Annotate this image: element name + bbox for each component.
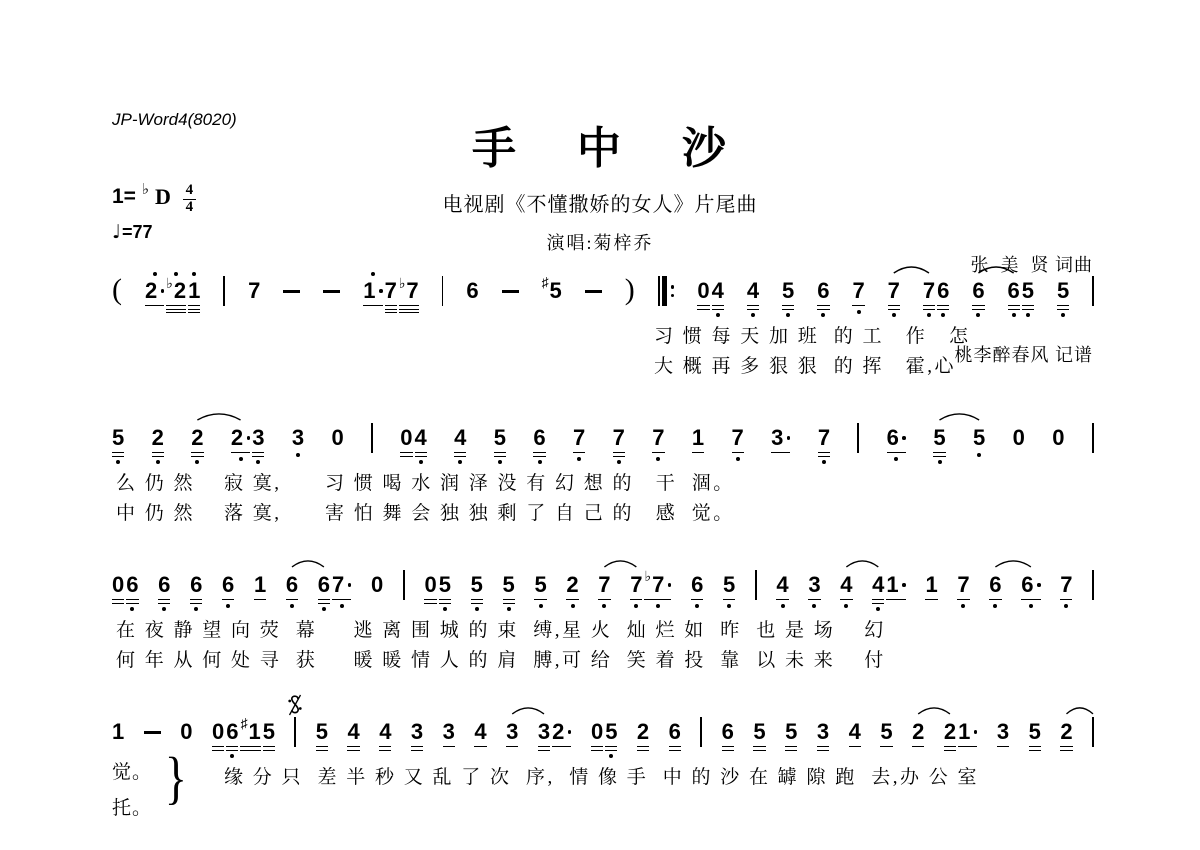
note: 4 (379, 707, 391, 751)
note: 7 (385, 266, 397, 313)
note: 1 (363, 266, 382, 306)
note: 7 (818, 413, 830, 464)
dash-duration-mark (144, 707, 161, 734)
barline (1092, 413, 1094, 453)
note: 2 (566, 560, 578, 608)
music-system: (2♭21717♭76♯5)0445677766655习 惯 每 天 加 班 的… (112, 266, 1094, 380)
lyrics-continuation: 觉。托。 (112, 757, 152, 820)
lyrics-line: 在 夜 静 望 向 荧 幕 逃 离 围 城 的 束 缚,星 火 灿 烂 如 昨 … (112, 618, 1094, 644)
note: 7 (630, 560, 642, 608)
quarter-note-icon: ♩ (112, 221, 121, 243)
note: ♭7 (644, 560, 671, 608)
note: 7 (957, 560, 969, 608)
note: 6 (126, 560, 138, 611)
note: 5 (785, 707, 797, 751)
time-signature: 4 4 (183, 184, 196, 214)
lyrics-continuation-text: 觉。 (112, 757, 152, 784)
note: 0 (180, 707, 192, 744)
note: 6 (669, 707, 681, 751)
barline (371, 413, 373, 453)
note: 7 (923, 266, 935, 317)
note-group: 05 (424, 560, 451, 611)
note: 1 (188, 266, 200, 313)
note: 2 (1060, 707, 1072, 751)
parenthesis: ) (625, 266, 635, 305)
note: 7 (573, 413, 585, 461)
note: 2 (944, 707, 956, 751)
note: 4 (454, 413, 466, 464)
note: 6 (691, 560, 703, 608)
note: 3 (808, 560, 820, 608)
barline (700, 707, 702, 747)
note: 6 (722, 707, 734, 751)
note: 5 (316, 707, 328, 751)
note: 5 (1022, 266, 1034, 317)
tempo-value: =77 (122, 222, 153, 242)
barline (1092, 707, 1094, 747)
lyrics-continuation-text: 托。 (112, 793, 152, 820)
note: 5 (1029, 707, 1041, 751)
note: 3 (817, 707, 829, 751)
note: 4 (849, 707, 861, 747)
note: 6 (972, 266, 984, 317)
note: 1 (886, 560, 905, 600)
note: 7 (598, 560, 610, 608)
notation-line: 522233004456777173765500 (112, 413, 1094, 464)
dash-duration-mark (502, 266, 519, 293)
note: 3 (538, 707, 550, 751)
note: 6 (817, 266, 829, 317)
note: 7 (332, 560, 351, 608)
notation-line: 1006♯155443343320526655345221352 (112, 707, 1094, 758)
music-system: 522233004456777173765500么 仍 然 寂 寞, 习 惯 喝… (112, 413, 1094, 527)
note: 6 (318, 560, 330, 611)
note-group: 23 (231, 413, 265, 464)
note: 7 (888, 266, 900, 317)
note: 2 (191, 413, 203, 464)
note: 6 (937, 266, 949, 317)
dash-duration-mark (585, 266, 602, 293)
lyrics-line: 何 年 从 何 处 寻 获 暖 暖 情 人 的 肩 膊,可 给 笑 着 投 靠 … (112, 648, 1094, 674)
note: 1 (692, 413, 704, 453)
note: 1 (254, 560, 266, 600)
note: 1 (925, 560, 937, 600)
note: 7 (652, 413, 664, 461)
note: 6 (1021, 560, 1040, 608)
barline (223, 266, 225, 306)
note: ♭2 (166, 266, 186, 313)
note: 3 (411, 707, 423, 751)
note: 3 (997, 707, 1009, 747)
key-tonic: 1= (112, 184, 136, 210)
barline (755, 560, 757, 600)
note: 4 (347, 707, 359, 751)
note: 5 (534, 560, 546, 608)
note: 6 (158, 560, 170, 611)
note: 5 (112, 413, 124, 464)
note: 2 (231, 413, 250, 461)
note: 3 (443, 707, 455, 747)
note: 6 (989, 560, 1001, 608)
sharp-icon: ♯ (542, 276, 549, 292)
note: 5 (439, 560, 451, 611)
segno-barline (294, 707, 296, 747)
note: 6 (887, 413, 906, 461)
note: 7 (613, 413, 625, 464)
note: 7 (852, 266, 864, 314)
note-group: 76 (923, 266, 950, 317)
dash-duration-mark (283, 266, 300, 293)
key-signature: 1=♭D 4 4 (112, 184, 196, 214)
lyrics-line: 习 惯 每 天 加 班 的 工 作 怎 (112, 324, 1094, 350)
note-group: 05 (591, 707, 618, 758)
note-group: 21 (944, 707, 978, 751)
barline (442, 266, 444, 306)
note: 6 (533, 413, 545, 464)
note-group: 04 (697, 266, 724, 317)
lyrics-line: 么 仍 然 寂 寞, 习 惯 喝 水 润 泽 没 有 幻 想 的 干 涸。 (112, 471, 1094, 497)
note: 3 (771, 413, 790, 453)
note: 5 (471, 560, 483, 611)
note: 4 (840, 560, 852, 608)
segno-icon (287, 694, 303, 716)
note: ♯5 (542, 266, 562, 303)
note: 7 (248, 266, 260, 303)
note: 3 (506, 707, 518, 747)
note: 5 (503, 560, 515, 611)
notation-line: (2♭21717♭76♯5)0445677766655 (112, 266, 1094, 317)
note: 4 (712, 266, 724, 317)
note: 0 (371, 560, 383, 597)
note: 6 (1008, 266, 1020, 317)
note-group: 65 (1008, 266, 1035, 317)
time-denominator: 4 (186, 201, 194, 214)
note-group: 2♭21 (145, 266, 200, 313)
note: 2 (552, 707, 571, 747)
note: 5 (723, 560, 735, 608)
flat-icon: ♭ (142, 180, 149, 199)
note-group: 67 (318, 560, 352, 611)
parenthesis: ( (112, 266, 122, 305)
note: 0 (331, 413, 343, 450)
note: 4 (415, 413, 427, 464)
tempo-marking: ♩=77 (112, 221, 153, 243)
barline (403, 560, 405, 600)
note: 5 (753, 707, 765, 751)
repeat-start-sign (658, 266, 675, 306)
note: 0 (1052, 413, 1064, 450)
sharp-icon: ♯ (240, 717, 247, 733)
note-group: 17♭7 (363, 266, 418, 313)
score-area: (2♭21717♭76♯5)0445677766655习 惯 每 天 加 班 的… (112, 266, 1094, 824)
note: 7 (732, 413, 744, 461)
notation-line: 066661667005555277♭7654344117667 (112, 560, 1094, 611)
note: 6 (226, 707, 238, 758)
note-group: 41 (872, 560, 906, 611)
note-group: 04 (400, 413, 427, 464)
flat-icon: ♭ (166, 276, 173, 293)
note: 5 (973, 413, 985, 457)
time-numerator: 4 (186, 184, 194, 197)
note: 4 (872, 560, 884, 611)
music-system: 1006♯155443343320526655345221352缘 分 只 差 … (112, 707, 1094, 791)
note: 2 (145, 266, 164, 306)
note: 2 (152, 413, 164, 464)
note: 5 (933, 413, 945, 464)
barline (1092, 266, 1094, 306)
note: 4 (747, 266, 759, 317)
note: 0 (212, 707, 224, 751)
note: 0 (424, 560, 436, 604)
flat-icon: ♭ (644, 569, 651, 586)
music-system: 066661667005555277♭7654344117667在 夜 静 望 … (112, 560, 1094, 674)
note: 4 (474, 707, 486, 747)
note: 6 (190, 560, 202, 611)
note: 5 (494, 413, 506, 464)
note-group: 7♭7 (630, 560, 671, 608)
note: 1 (112, 707, 124, 744)
note: 1 (958, 707, 977, 747)
note-group: 32 (538, 707, 572, 751)
note: 4 (776, 560, 788, 608)
lyrics-line: 大 概 再 多 狠 狠 的 挥 霍,心 (112, 354, 1094, 380)
dash-duration-mark (323, 266, 340, 293)
note: 6 (286, 560, 298, 608)
note: 2 (637, 707, 649, 751)
note: 5 (605, 707, 617, 758)
note: 0 (1013, 413, 1025, 450)
note: 5 (263, 707, 275, 751)
sheet-music-page: JP-Word4(8020) 手 中 沙 电视剧《不懂撒娇的女人》片尾曲 演唱:… (0, 0, 1200, 850)
lyrics-line: 中 仍 然 落 寞, 害 怕 舞 会 独 独 剩 了 自 己 的 感 觉。 (112, 501, 1094, 527)
note: 7 (1060, 560, 1072, 608)
note: ♭7 (399, 266, 419, 313)
barline (857, 413, 859, 453)
note: 6 (466, 266, 478, 303)
note: 3 (292, 413, 304, 457)
note: 0 (697, 266, 709, 310)
note: 0 (400, 413, 412, 457)
lyrics-line: 缘 分 只 差 半 秒 又 乱 了 次 序, 情 像 手 中 的 沙 在 罅 隙… (112, 765, 1094, 791)
note: 5 (782, 266, 794, 317)
note: 0 (591, 707, 603, 751)
brace-icon: } (165, 749, 187, 807)
note: 0 (112, 560, 124, 604)
note: 5 (1057, 266, 1069, 317)
note: 5 (880, 707, 892, 747)
note-group: 06 (112, 560, 139, 611)
note: 3 (252, 413, 264, 464)
song-title: 手 中 沙 (0, 112, 1200, 176)
barline (1092, 560, 1094, 600)
note: 2 (912, 707, 924, 747)
note-group: 06♯15 (212, 707, 275, 758)
flat-icon: ♭ (399, 276, 406, 293)
note: ♯1 (240, 707, 260, 751)
note: 6 (222, 560, 234, 608)
key-letter: D (155, 184, 171, 210)
